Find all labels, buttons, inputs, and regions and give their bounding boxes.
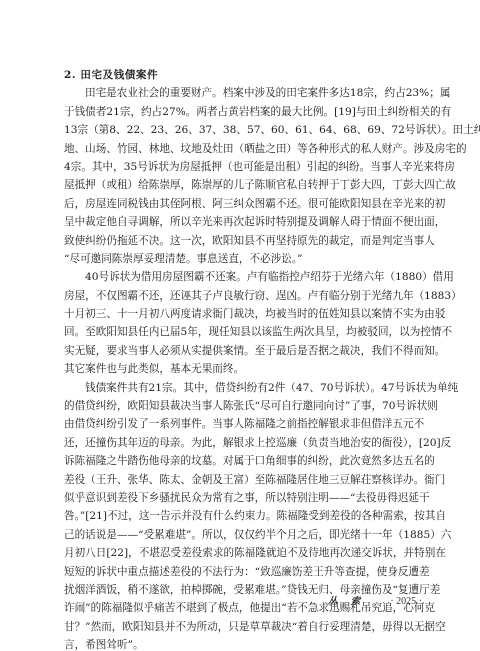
text-line: 还，还撞伤其年迈的母亲。为此，解银求上控巡廉（负责当地治安的衙役），[20]反 [64,434,416,452]
text-line: 回。至欧阳知县任内已届5年，现任知县以该监生两次具呈，均被驳回，以为控情不 [64,323,416,341]
text-line: 于钱债者21宗，约占27%。两者占黄岩档案的最大比例。[19]与田土纠纷相关的有 [64,103,416,121]
text-line: 月初八日[22]，不堪忍受差役索求的陈福隆就迫不及待地再次递交诉状，并特别在 [64,544,416,562]
text-line: 其它案件也与此类似，基本无果而终。 [64,360,416,378]
text-line: 屋抵押（或租）给陈崇厚，陈崇厚的儿子陈顺官私自转押于丁彭大四，丁彭大四亡故 [64,176,416,194]
text-line: 的借贷纠纷，欧阳知县裁决当事人陈张氏“尽可自行邀同向讨”了事，70号诉状则 [64,397,416,415]
page-number: · 2025 · [390,596,422,607]
text-line: 呈中裁定他自寻调解，所以辛光来再次起诉时特别提及调解人碍于情面不便出面， [64,213,416,231]
text-line: 致使纠纷仍拖延不决。这一次，欧阳知县不再坚持原先的裁定，而是判定当事人 [64,232,416,250]
text-line: 短短的诉状中重点描述差役的不法行为：“致巡廉饬差王升等查提，使身反遭差 [64,563,416,581]
text-line: 差役（王升、张华、陈太、金朝及王富）至陈福隆居住地三豆解荘察核详办。衙门 [64,471,416,489]
paragraph-house-case: 40号诉状为借用房屋图霸不还案。卢有临指控卢绍芬于光绪六年（1880）借用 房屋… [64,268,416,378]
journal-name: 丛 索 [328,596,365,607]
section-heading: 2. 田宅及钱债案件 [64,66,416,84]
paragraph-land-property: 田宅是农业社会的重要财产。档案中涉及的田宅案件多达18宗，约占23%；属 于钱债… [64,84,416,268]
text-line: 诉陈福隆之牛踏伤他母亲的坟墓。对属于口角细事的纠纷，此次竟然多达五名的 [64,452,416,470]
text-line: 己的话说是——“受累难堪”。所以，仅仅约半个月之后，即光绪十一年（1885）六 [64,526,416,544]
text-line: 似乎意识到差役下乡骚扰民众为常有之事，所以特别注明——“去役毋得迟延干 [64,489,416,507]
text-line: “尽可邀同陈崇厚妥理清楚。事息送直，不必涉讼。” [64,250,416,268]
text-line: 40号诉状为借用房屋图霸不还案。卢有临指控卢绍芬于光绪六年（1880）借用 [64,268,416,286]
text-line: 13宗（第8、22、23、26、37、38、57、60、61、64、68、69、… [64,121,416,139]
text-line: 咎。”[21]不过，这一告示并没有什么约束力。陈福隆受到差役的各种需索，按其自 [64,507,416,525]
text-line: 甘？”然而，欧阳知县并不为所动，只是草草裁决“着自行妥理清楚，毋得以无据空 [64,618,416,636]
text-line: 田宅是农业社会的重要财产。档案中涉及的田宅案件多达18宗，约占23%；属 [64,84,416,102]
text-line: 十月初三、十一月初八两度请求衙门裁决，均被当时的伍姓知县以案情不实为由驳 [64,305,416,323]
text-line: 4宗。其中，35号诉状为房屋抵押（也可能是出租）引起的纠纷。当事人辛光来将房 [64,158,416,176]
text-line: 钱债案件共有21宗。其中，借贷纠纷有2件（47、70号诉状）。47号诉状为单纯 [64,379,416,397]
text-line: 后，房屋连同税钱由其侄阿根、阿三纠众图霸不还。很可能欧阳知县在辛光来的初 [64,195,416,213]
text-line: 言，希图耸听”。 [64,636,416,651]
text-line: 地、山场、竹园、林地、坟地及灶田（晒盐之田）等各种形式的私人财产。涉及房宅的 [64,140,416,158]
page-footer: 丛 索 · 2025 · [328,593,422,607]
document-page: 2. 田宅及钱债案件 田宅是农业社会的重要财产。档案中涉及的田宅案件多达18宗，… [64,66,416,651]
text-line: 实无疑，要求当事人必须从实提供案情。至于最后是否据之裁决，我们不得而知。 [64,342,416,360]
paragraph-debt-cases: 钱债案件共有21宗。其中，借贷纠纷有2件（47、70号诉状）。47号诉状为单纯 … [64,379,416,651]
text-line: 由借贷纠纷引发了一系列事件。当事人陈福隆之前指控解银求非但借洋五元不 [64,415,416,433]
text-line: 房屋，不仅图霸不还，还诬其子卢良敏行窃、逞凶。卢有临分别于光绪九年（1883） [64,287,416,305]
